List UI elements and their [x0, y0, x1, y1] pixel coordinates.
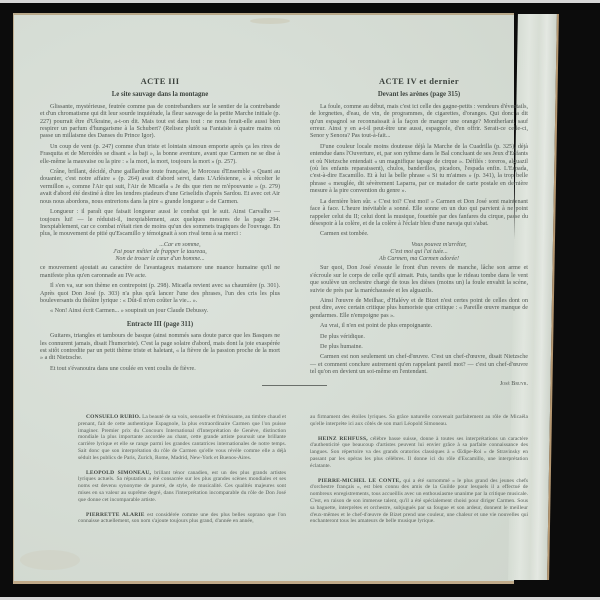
performer-bio: au firmament des étoiles lyriques. Sa gr… [310, 414, 528, 428]
age-stain [20, 550, 80, 570]
author-signature: José Bruyr. [310, 381, 528, 388]
verse-line: Vous pouvez m'arrêter, [310, 242, 528, 249]
section-divider [262, 385, 327, 386]
performer-bios-left: CONSUELO RUBIO. La beauté de sa voix, se… [78, 414, 286, 533]
performer-bio: LEOPOLD SIMONEAU, brillant ténor canadie… [78, 470, 286, 504]
paragraph: Longueur : il paraît que faisait longueu… [40, 209, 280, 239]
paragraph: Glissante, mystérieuse, feutrée comme pa… [40, 104, 280, 141]
verse-line: J'ai pour métier de frapper le taureau, [40, 249, 280, 256]
paragraph: « Non! Ainsi écrit Carmen... » soupirait… [40, 308, 280, 315]
paragraph: ce mouvement ajoutait au caractère de l'… [40, 265, 280, 280]
performer-bio: PIERRETTE ALARIE est considérée comme un… [78, 512, 286, 526]
verse-quote: Vous pouvez m'arrêter,C'est moi qui l'ai… [310, 242, 528, 264]
verse-line: ...Car en somme, [40, 242, 280, 249]
act-iv-subheading: Devant les arènes (page 315) [310, 91, 528, 98]
performer-bio: CONSUELO RUBIO. La beauté de sa voix, se… [78, 414, 286, 462]
paragraph: Crâne, brillant, décidé, d'une gaillardi… [40, 169, 280, 206]
entracte-heading: Entracte III (page 311) [40, 321, 280, 328]
performer-name: PIERRE-MICHEL LE CONTE, [318, 478, 401, 484]
paragraph: La dernière bien sûr. « C'est toi? C'est… [310, 199, 528, 229]
liner-notes-left-column: ACTE III Le site sauvage dans la montagn… [40, 78, 280, 376]
paragraph: Ainsi l'œuvre de Meilhac, d'Halévy et de… [310, 298, 528, 320]
performer-bio: HEINZ REHFUSS, célèbre basse suisse, don… [310, 436, 528, 470]
paragraph: Guitares, triangles et tambours de basqu… [40, 333, 280, 363]
performer-name: CONSUELO RUBIO. [86, 414, 141, 420]
age-stain [250, 18, 290, 24]
act-iii-heading: ACTE III [40, 78, 280, 85]
paragraph: D'une couleur locale moins douteuse déjà… [310, 144, 528, 196]
performer-name: LEOPOLD SIMONEAU, [86, 470, 151, 476]
performer-name: HEINZ REHFUSS, [318, 436, 368, 442]
act-iii-subheading: Le site sauvage dans la montagne [40, 91, 280, 98]
paragraph: Un coup de vent (p. 247) comme d'un tris… [40, 144, 280, 166]
verse-line: Ah Carmen, ma Carmen adorée! [310, 256, 528, 263]
verse-line: C'est moi qui l'ai tuée... [310, 249, 528, 256]
verse-line: Non de trouer le cœur d'un homme... [40, 256, 280, 263]
short-line: De plus véridique. [310, 334, 528, 341]
paragraph: Et tout s'évanouira dans une coulée en v… [40, 366, 280, 373]
paragraph: Carmen est tombée. [310, 231, 528, 238]
performer-bios-right: au firmament des étoiles lyriques. Sa gr… [310, 414, 528, 533]
closing-paragraph: Carmen est non seulement un chef-d'œuvre… [310, 354, 528, 376]
liner-notes-right-column: ACTE IV et dernier Devant les arènes (pa… [310, 78, 528, 388]
verse-quote: ...Car en somme,J'ai pour métier de frap… [40, 242, 280, 264]
act-iv-heading: ACTE IV et dernier [310, 78, 528, 85]
performer-name: PIERRETTE ALARIE [86, 512, 145, 518]
scan-border-top [0, 0, 600, 3]
short-line: De plus humaine. [310, 344, 528, 351]
paragraph: Il s'en va, sur son thème en contrepoint… [40, 283, 280, 305]
paragraph: Sur quoi, Don José s'essuie le front d'u… [310, 265, 528, 295]
performer-bio: PIERRE-MICHEL LE CONTE, qui a été surnom… [310, 478, 528, 526]
short-line: Au vrai, il n'en est point de plus empoi… [310, 323, 528, 330]
paragraph: La foule, comme au début, mais c'est ici… [310, 104, 528, 141]
